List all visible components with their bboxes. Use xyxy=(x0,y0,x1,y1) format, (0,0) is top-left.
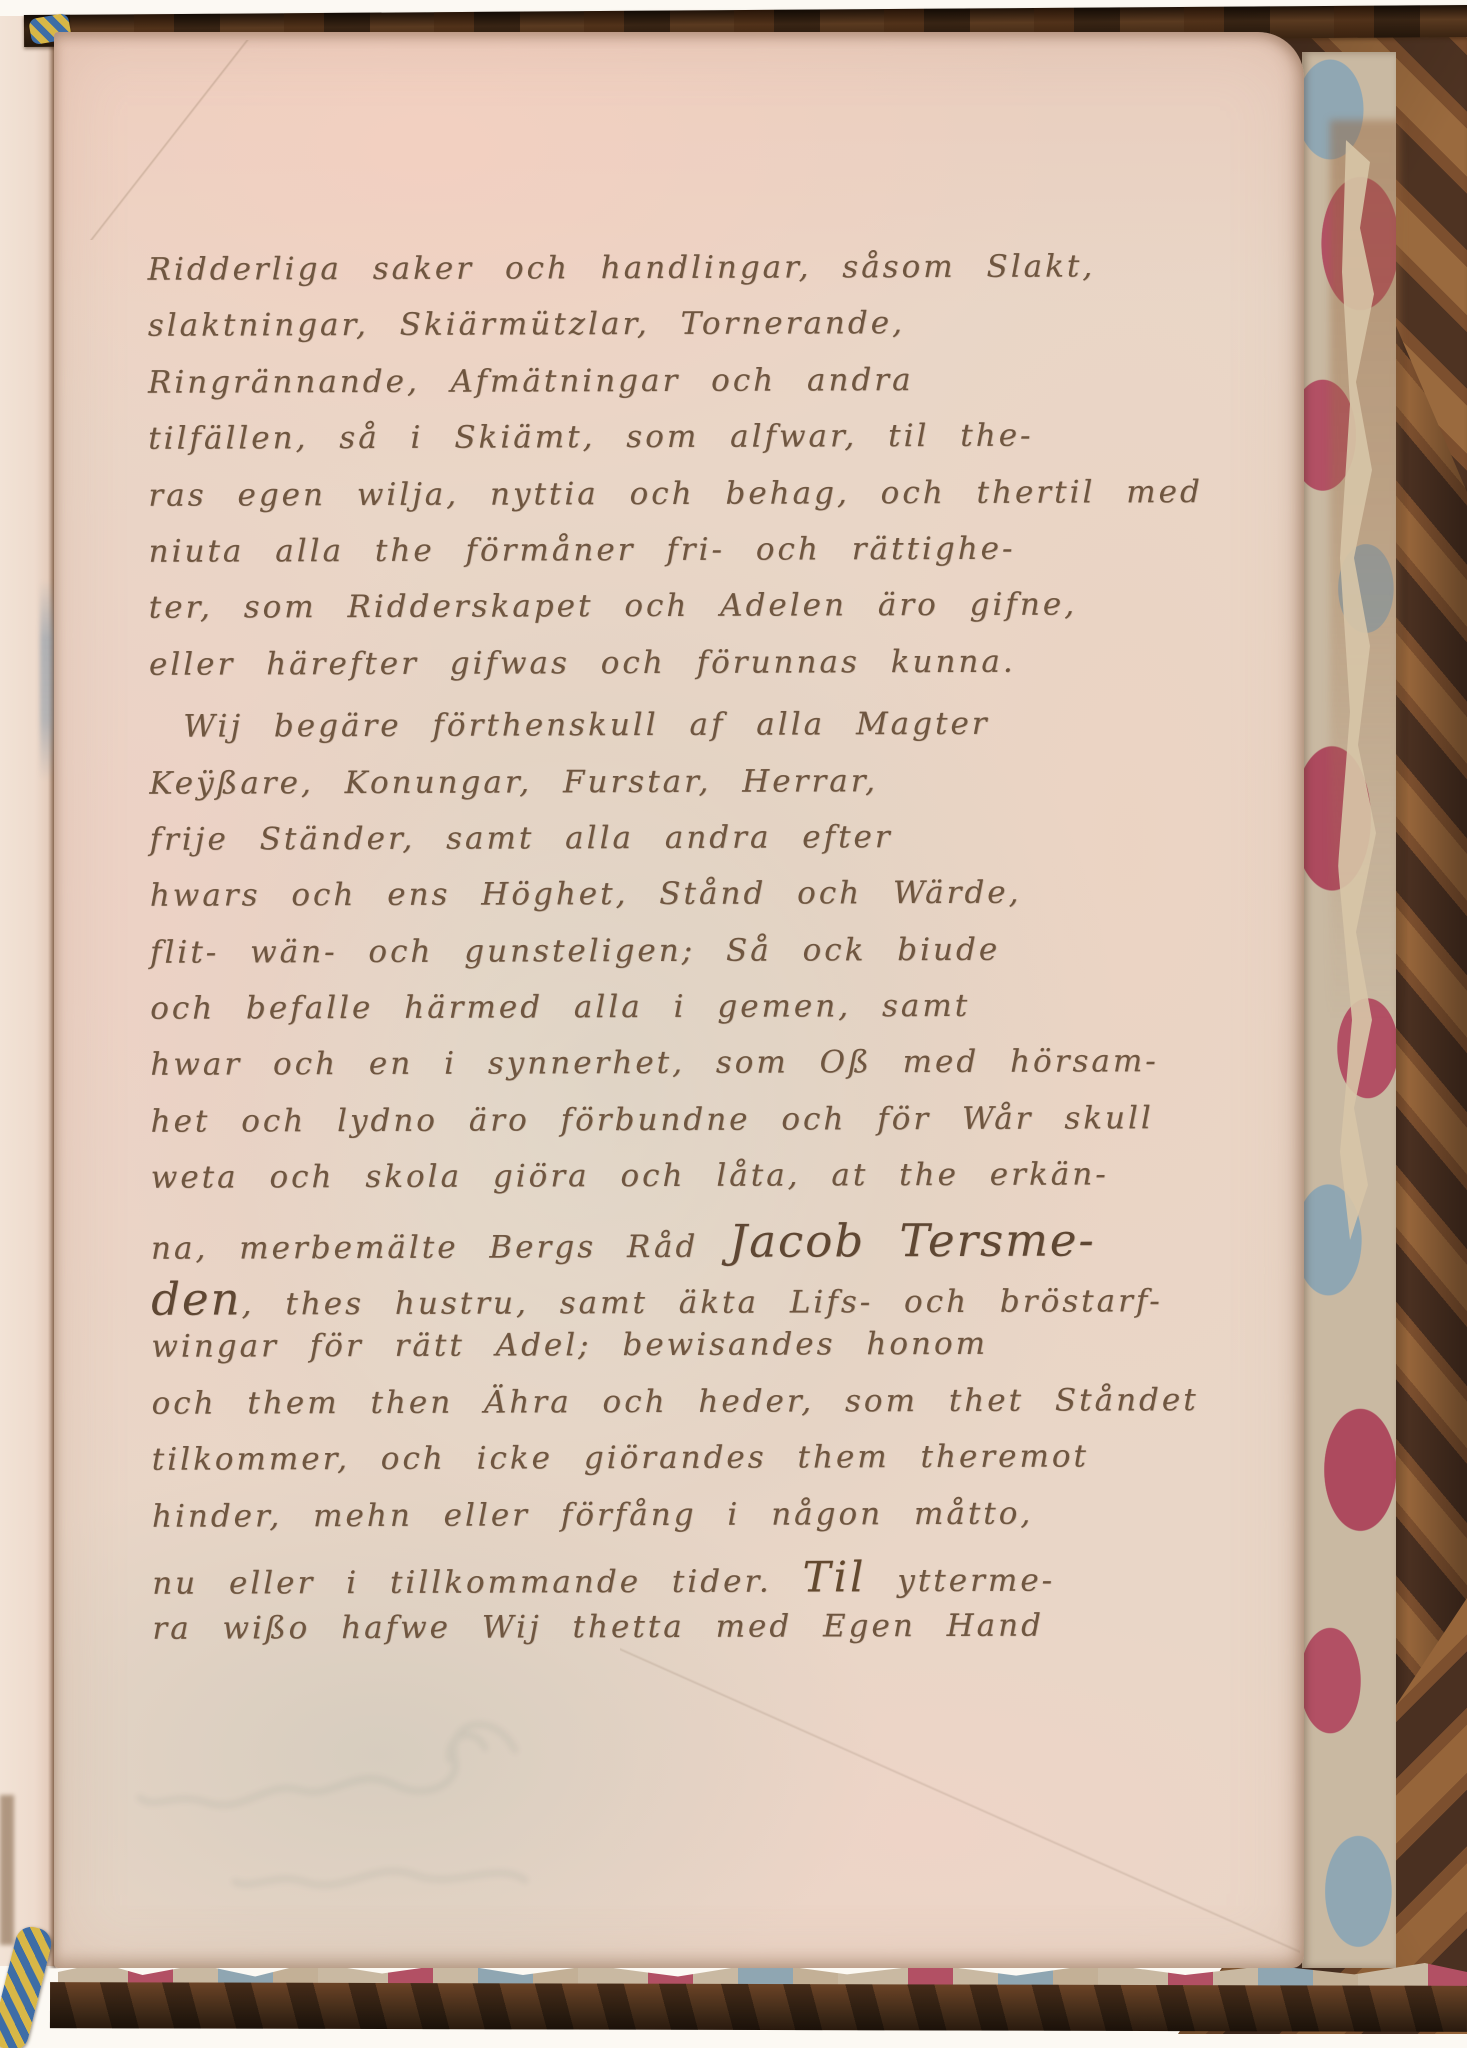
manuscript-line: ra wißo hafwe Wij thetta med Egen Hand xyxy=(152,1608,1162,1668)
manuscript-line: Keÿßare, Konungar, Furstar, Herrar, xyxy=(149,762,1159,822)
manuscript-line: nu eller i tillkommande tider. Til ytter… xyxy=(152,1551,1162,1611)
book-edge-sliver xyxy=(0,1795,14,1945)
manuscript-line: Ringrännande, Afmätningar och andra xyxy=(148,361,1158,421)
manuscript-line: hwars och ens Höghet, Stånd och Wärde, xyxy=(150,875,1160,935)
manuscript-line: hwar och en i synnerhet, som Oß med hörs… xyxy=(150,1044,1160,1104)
ennobled-name: Jacob Tersme- xyxy=(729,1213,1096,1267)
ink-bleedthrough xyxy=(95,1690,655,1990)
manuscript-line: weta och skola giöra och låta, at the er… xyxy=(151,1156,1161,1216)
manuscript-line: hinder, mehn eller förfång i någon måtto… xyxy=(152,1495,1162,1555)
ornate-initial: Til xyxy=(802,1552,866,1601)
manuscript-line: och them then Ähra och heder, som thet S… xyxy=(151,1382,1161,1442)
manuscript-line: och befalle härmed alla i gemen, samt xyxy=(150,987,1160,1047)
paper-crease-top-left xyxy=(60,40,280,240)
manuscript-scan: Ridderliga saker och handlingar, såsom S… xyxy=(0,0,1467,2048)
gutter-shadow xyxy=(40,580,54,780)
manuscript-line: ter, som Ridderskapet och Adelen äro gif… xyxy=(149,587,1159,647)
manuscript-line: Ridderliga saker och handlingar, såsom S… xyxy=(148,248,1158,308)
manuscript-line: flit- wän- och gunsteligen; Så ock biude xyxy=(150,931,1160,991)
manuscript-line: tilfällen, så i Skiämt, som alfwar, til … xyxy=(148,417,1158,477)
ennobled-name: den xyxy=(151,1272,242,1325)
manuscript-line: wingar för rätt Adel; bewisandes honom xyxy=(151,1326,1161,1386)
manuscript-line: ras egen wilja, nyttia och behag, och th… xyxy=(148,474,1158,534)
manuscript-line: tilkommer, och icke giörandes them there… xyxy=(152,1438,1162,1498)
paper-crease-bottom-right xyxy=(620,1640,1300,1960)
handwritten-text: Ridderliga saker och handlingar, såsom S… xyxy=(148,248,1163,1667)
manuscript-line: frije Ständer, samt alla andra efter xyxy=(150,818,1160,878)
manuscript-line: Wij begäre förthenskull af alla Magter xyxy=(149,705,1159,765)
manuscript-line: na, merbemälte Bergs Råd Jacob Tersme- xyxy=(151,1213,1161,1273)
manuscript-line: eller härefter gifwas och förunnas kunna… xyxy=(149,643,1159,703)
manuscript-line: niuta alla the förmåner fri- och rättigh… xyxy=(149,530,1159,590)
manuscript-line: den, thes hustru, samt äkta Lifs- och br… xyxy=(151,1269,1161,1329)
manuscript-line: slaktningar, Skiärmützlar, Tornerande, xyxy=(148,305,1158,365)
manuscript-line: het och lydno äro förbundne och för Wår … xyxy=(151,1100,1161,1160)
